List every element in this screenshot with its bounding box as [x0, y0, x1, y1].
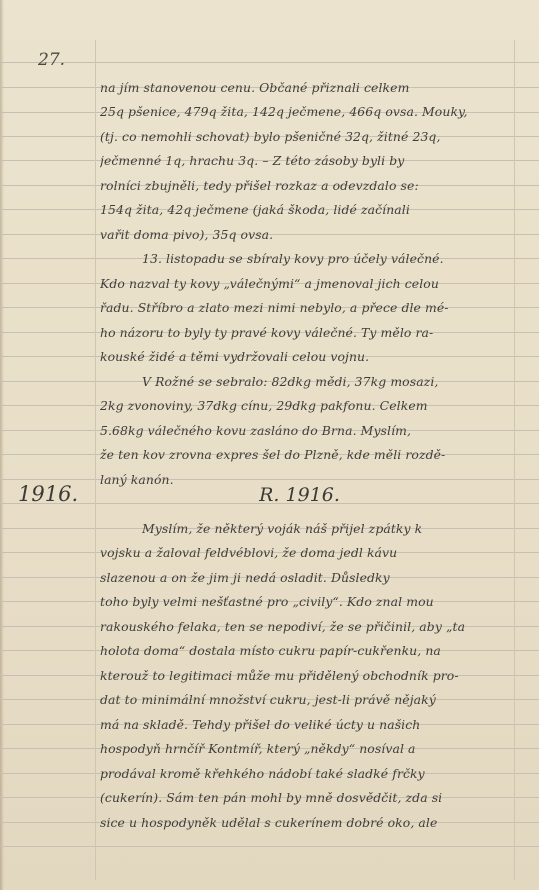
text-line: 13. listopadu se sbíraly kovy pro účely … — [100, 251, 539, 266]
text-line: (tj. co nemohli schovat) bylo pšeničné 3… — [100, 129, 515, 144]
left-margin-line — [95, 40, 96, 880]
text-line: že ten kov zrovna expres šel do Plzně, k… — [100, 447, 515, 462]
text-line: slazenou a on že jim ji nedá osladit. Dů… — [100, 570, 515, 585]
text-line: rolníci zbujněli, tedy přišel rozkaz a o… — [100, 178, 515, 193]
text-line: Kdo nazval ty kovy „válečnými“ a jmenova… — [100, 276, 515, 291]
text-line: dat to minimální množství cukru, jest-li… — [100, 692, 515, 707]
text-line: ječmenné 1q, hrachu 3q. – Z této zásoby … — [100, 153, 515, 168]
text-line: vařit doma pivo), 35q ovsa. — [100, 227, 515, 242]
page-number: 27. — [38, 50, 65, 70]
text-line: prodával kromě křehkého nádobí také slad… — [100, 766, 515, 781]
text-line: kouské židé a těmi vydržovali celou vojn… — [100, 349, 515, 364]
text-line: kterouž to legitimaci může mu přidělený … — [100, 668, 515, 683]
text-line: má na skladě. Tehdy přišel do veliké úct… — [100, 717, 515, 732]
text-line: vojsku a žaloval feldvéblovi, že doma je… — [100, 545, 515, 560]
text-line: 5.68kg válečného kovu zasláno do Brna. M… — [100, 423, 515, 438]
text-line: sice u hospodyněk udělal s cukerínem dob… — [100, 815, 515, 830]
text-line: (cukerín). Sám ten pán mohl by mně dosvě… — [100, 790, 515, 805]
text-line: na jím stanovenou cenu. Občané přiznali … — [100, 80, 515, 95]
text-line: 2kg zvonoviny, 37dkg cínu, 29dkg pakfonu… — [100, 398, 515, 413]
text-line: rakouského felaka, ten se nepodiví, že s… — [100, 619, 515, 634]
text-line: Myslím, že některý voják náš přijel zpát… — [100, 521, 539, 536]
notebook-page: 27. 1916. R. 1916. na jím stanovenou cen… — [0, 0, 539, 890]
text-line: V Rožné se sebralo: 82dkg mědi, 37kg mos… — [100, 374, 539, 389]
text-line: holota doma“ dostala místo cukru papír-c… — [100, 643, 515, 658]
text-line: 25q pšenice, 479q žita, 142q ječmene, 46… — [100, 104, 515, 119]
text-line: 154q žita, 42q ječmene (jaká škoda, lidé… — [100, 202, 515, 217]
ruled-line — [0, 846, 539, 847]
section-heading: R. 1916. — [0, 484, 539, 506]
text-line: ho názoru to byly ty pravé kovy válečné.… — [100, 325, 515, 340]
text-line: toho byly velmi nešťastné pro „civily“. … — [100, 594, 515, 609]
text-line: řadu. Stříbro a zlato mezi nimi nebylo, … — [100, 300, 515, 315]
text-line: hospodyň hrnčíř Kontmíř, který „někdy“ n… — [100, 741, 515, 756]
text-line: laný kanón. — [100, 472, 515, 487]
ruled-line — [0, 62, 539, 63]
